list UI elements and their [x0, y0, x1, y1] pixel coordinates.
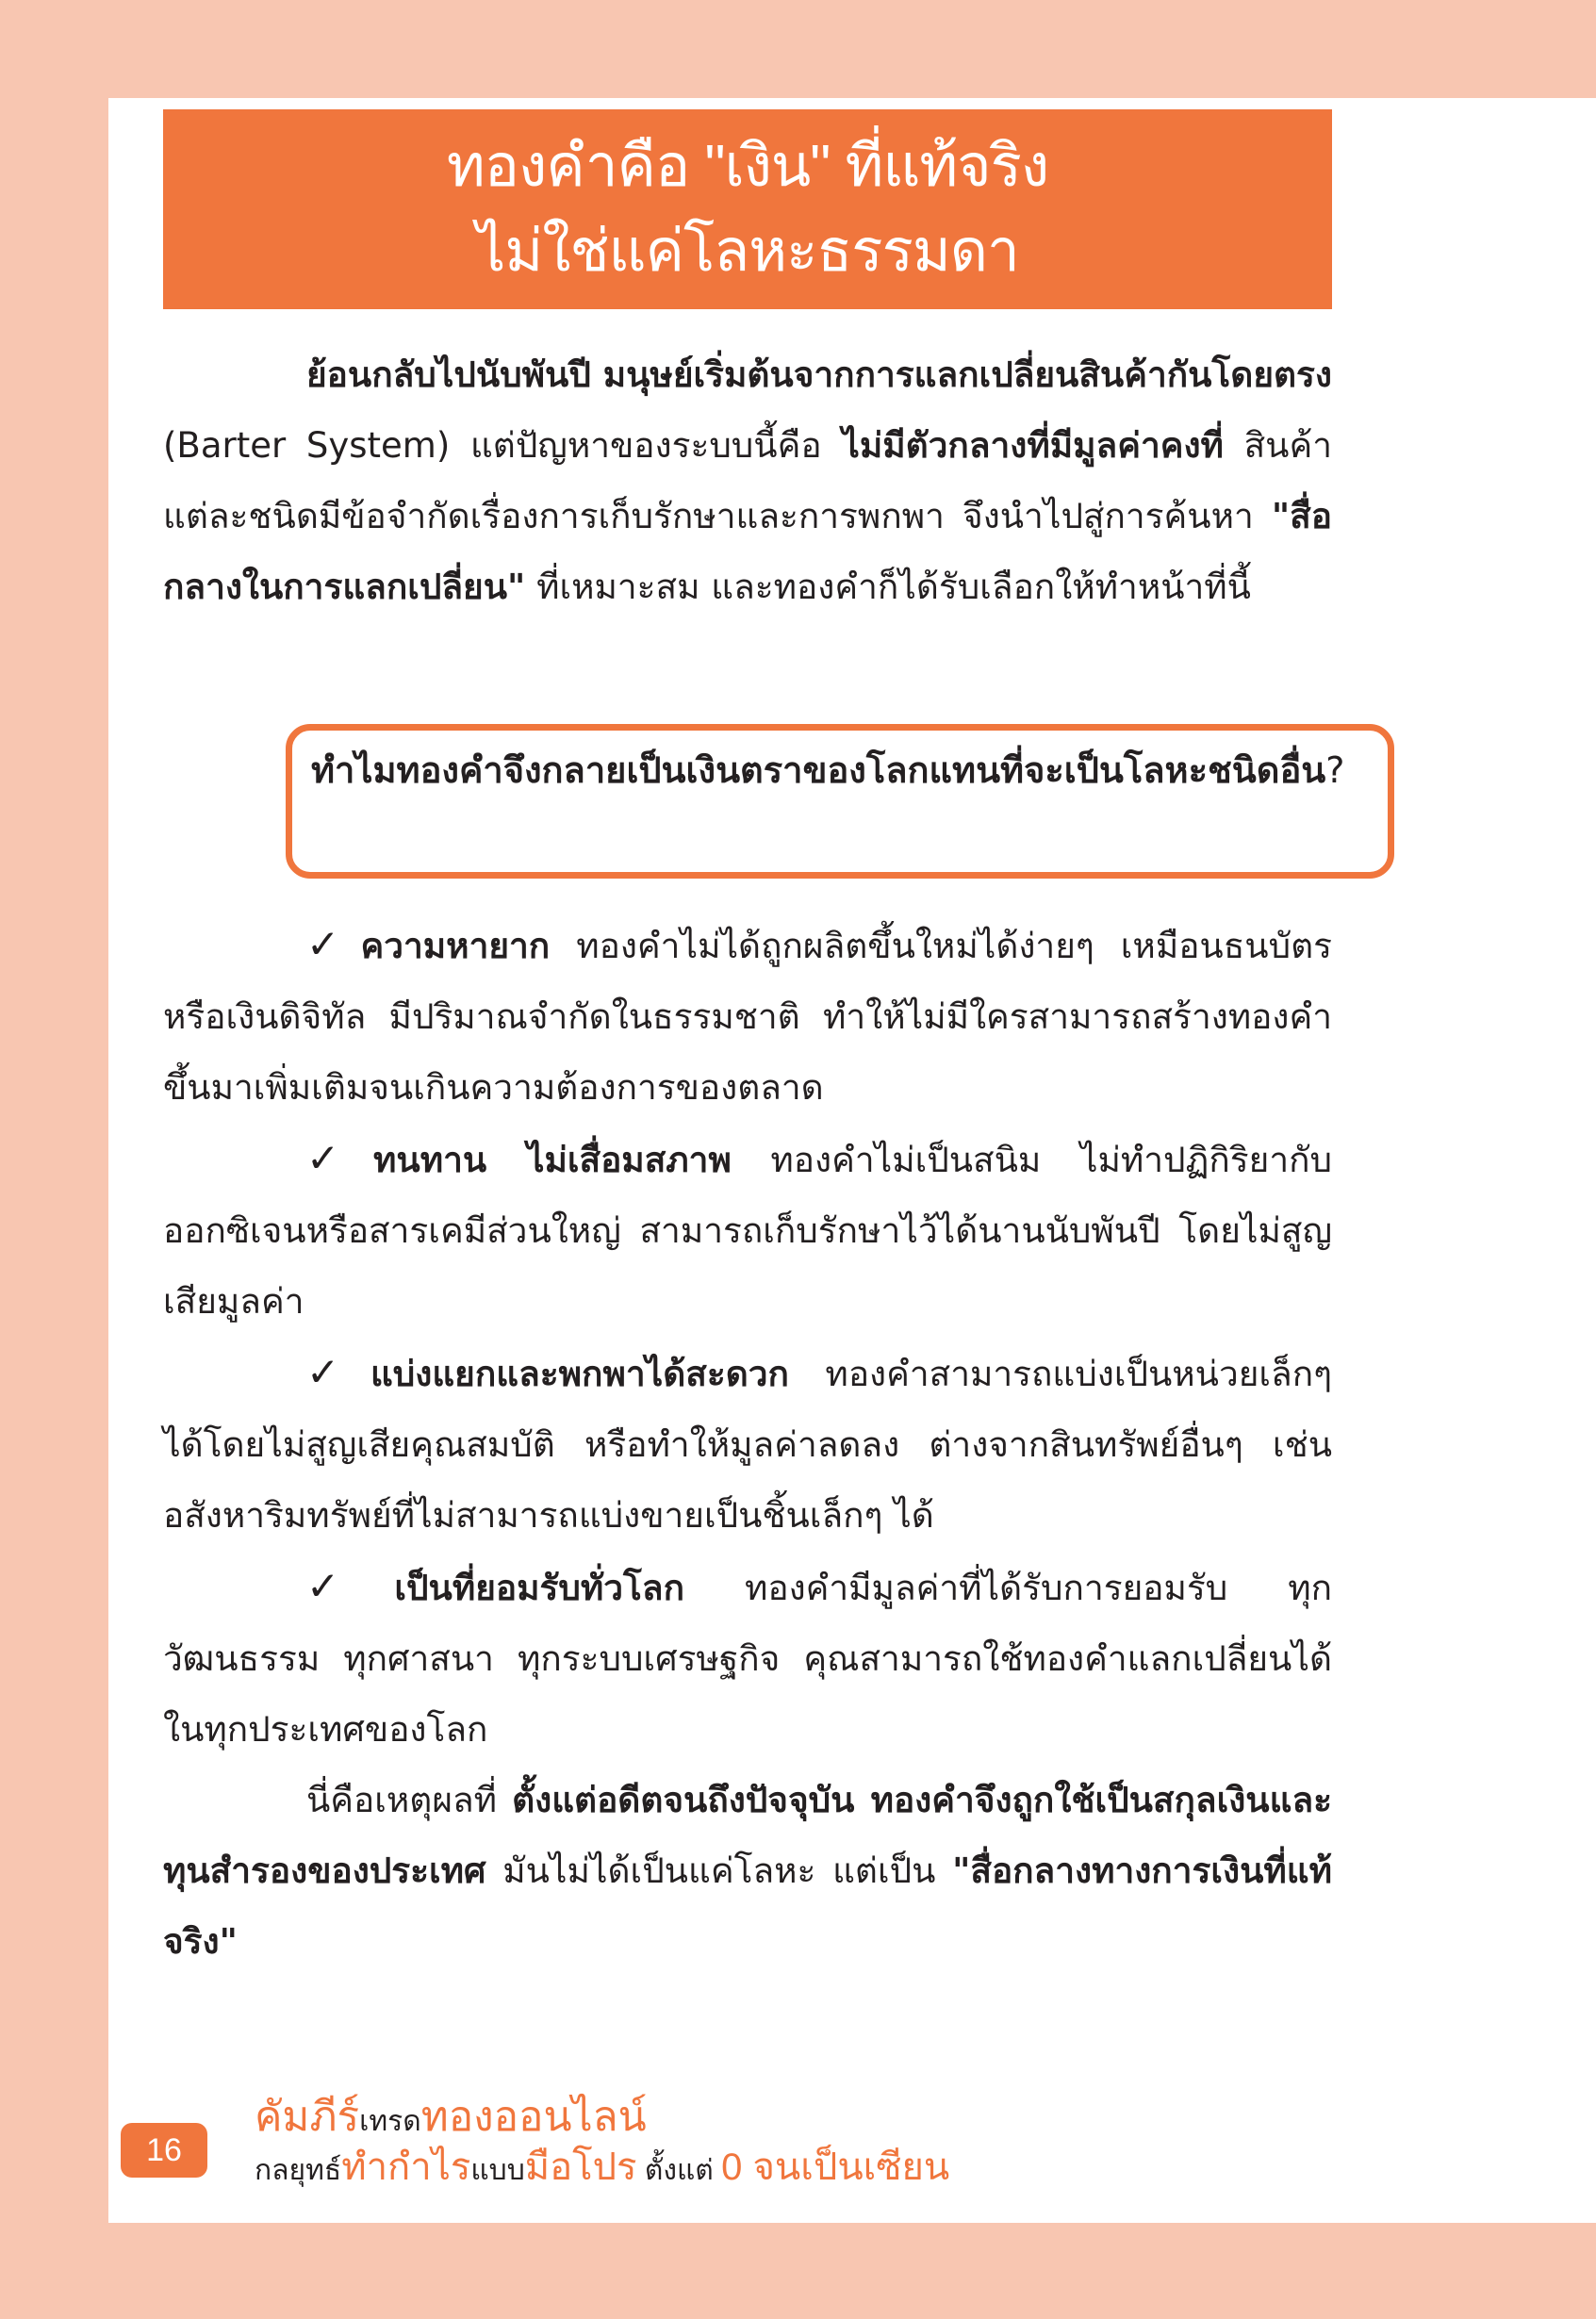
conclusion-paragraph: นี่คือเหตุผลที่ ตั้งแต่อดีตจนถึงปัจจุบัน…: [163, 1765, 1332, 1977]
chapter-title-banner: ทองคำคือ "เงิน" ที่แท้จริง ไม่ใช่แค่โลหะ…: [163, 109, 1332, 309]
book-subtitle-part: ทำกำไร: [341, 2146, 470, 2188]
chapter-title-line-1: ทองคำคือ "เงิน" ที่แท้จริง: [447, 124, 1048, 209]
reason-item: ✓แบ่งแยกและพกพาได้สะดวก ทองคำสามารถแบ่งเ…: [163, 1337, 1332, 1551]
conclusion-middle: มันไม่ได้เป็นแค่โลหะ แต่เป็น: [486, 1850, 953, 1891]
reason-heading: ทนทาน ไม่เสื่อมสภาพ: [373, 1140, 732, 1180]
page-number: 16: [146, 2132, 182, 2169]
reason-item: ✓ทนทาน ไม่เสื่อมสภาพ ทองคำไม่เป็นสนิม ไม…: [163, 1123, 1332, 1337]
reason-item: ✓เป็นที่ยอมรับทั่วโลก ทองคำมีมูลค่าที่ได…: [163, 1551, 1332, 1765]
book-subtitle: กลยุทธ์ทำกำไรแบบมือโปร ตั้งแต่ 0 จนเป็นเ…: [255, 2145, 949, 2194]
reason-heading: ความหายาก: [360, 926, 550, 966]
callout-question-mark: ?: [1325, 749, 1344, 791]
book-subtitle-part: แบบ: [470, 2155, 524, 2186]
checkmark-icon: ✓: [306, 1563, 388, 1609]
intro-section: ย้อนกลับไปนับพันปี มนุษย์เริ่มต้นจากการแ…: [163, 339, 1332, 622]
book-title-part: ทองออนไลน์: [421, 2094, 647, 2140]
reason-heading: เป็นที่ยอมรับทั่วโลก: [394, 1568, 684, 1608]
intro-bold-2: ไม่มีตัวกลางที่มีมูลค่าคงที่: [842, 425, 1224, 466]
book-title: คัมภีร์เทรดทองออนไลน์: [255, 2095, 949, 2145]
checkmark-icon: ✓: [306, 1135, 368, 1181]
book-page: ทองคำคือ "เงิน" ที่แท้จริง ไม่ใช่แค่โลหะ…: [108, 98, 1596, 2223]
intro-paragraph: ย้อนกลับไปนับพันปี มนุษย์เริ่มต้นจากการแ…: [163, 339, 1332, 622]
intro-text-1: (Barter System) แต่ปัญหาของระบบนี้คือ: [163, 425, 842, 466]
checkmark-icon: ✓: [306, 921, 354, 967]
page-number-badge: 16: [121, 2123, 207, 2178]
intro-bold-1: ย้อนกลับไปนับพันปี มนุษย์เริ่มต้นจากการแ…: [306, 354, 1332, 395]
reasons-section: ✓ความหายาก ทองคำไม่ได้ถูกผลิตขึ้นใหม่ได้…: [163, 909, 1332, 1977]
book-subtitle-part: 0 จนเป็นเซียน: [721, 2146, 949, 2188]
conclusion-prefix: นี่คือเหตุผลที่: [306, 1780, 512, 1820]
reason-heading: แบ่งแยกและพกพาได้สะดวก: [370, 1354, 789, 1394]
book-title-part: เทรด: [359, 2106, 421, 2137]
intro-text-3: ที่เหมาะสม และทองคำก็ได้รับเลือกให้ทำหน้…: [525, 567, 1251, 607]
callout-question: ทำไมทองคำจึงกลายเป็นเงินตราของโลกแทนที่จ…: [311, 749, 1325, 791]
book-subtitle-part: กลยุทธ์: [255, 2155, 341, 2186]
book-subtitle-part: มือโปร: [525, 2146, 637, 2188]
reason-item: ✓ความหายาก ทองคำไม่ได้ถูกผลิตขึ้นใหม่ได้…: [163, 909, 1332, 1123]
book-subtitle-part: ตั้งแต่: [637, 2155, 722, 2186]
checkmark-icon: ✓: [306, 1349, 365, 1395]
question-callout: ทำไมทองคำจึงกลายเป็นเงินตราของโลกแทนที่จ…: [286, 724, 1394, 879]
book-title-part: คัมภีร์: [255, 2094, 359, 2140]
chapter-title-line-2: ไม่ใช่แค่โลหะธรรมดา: [476, 209, 1019, 294]
book-footer: คัมภีร์เทรดทองออนไลน์ กลยุทธ์ทำกำไรแบบมื…: [255, 2095, 949, 2194]
